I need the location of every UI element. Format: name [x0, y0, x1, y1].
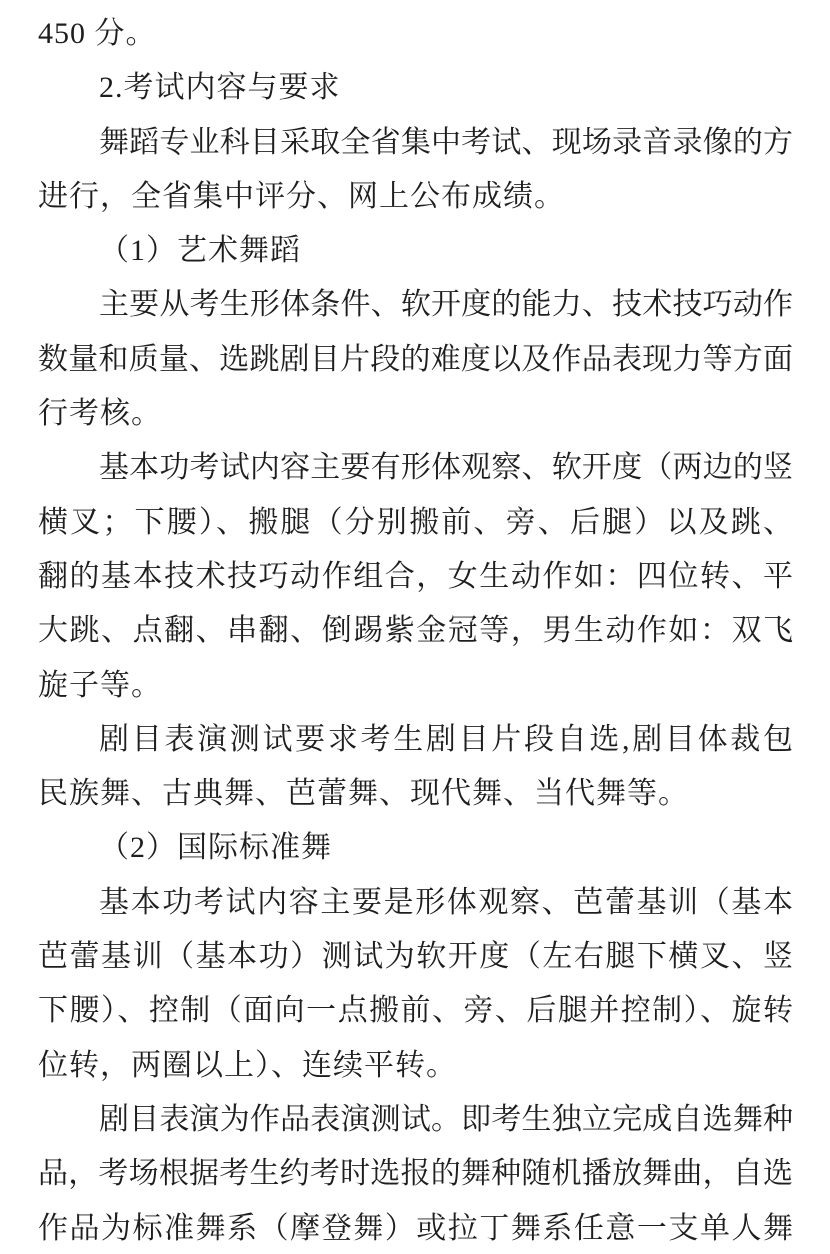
text-line: 剧目表演为作品表演测试。即考生独立完成自选舞种作: [38, 1093, 793, 1147]
text-line: 品，考场根据考生约考时选报的舞种随机播放舞曲，自选舞: [38, 1147, 793, 1201]
text-line: 450 分。: [38, 7, 793, 61]
text-line-subheading: （1）艺术舞蹈: [38, 224, 793, 278]
text-line: 翻的基本技术技巧动作组合，女生动作如：四位转、平转、: [38, 550, 793, 604]
text-line: 行考核。: [38, 387, 793, 441]
document-page: 450 分。 2.考试内容与要求 舞蹈专业科目采取全省集中考试、现场录音录像的方…: [0, 0, 830, 1254]
text-line: 芭蕾基训（基本功）测试为软开度（左右腿下横叉、竖叉、: [38, 930, 793, 984]
text-line: 基本功考试内容主要是形体观察、芭蕾基训（基本功）。: [38, 876, 793, 930]
text-line-subheading: （2）国际标准舞: [38, 821, 793, 875]
text-line: 基本功考试内容主要有形体观察、软开度（两边的竖叉、: [38, 441, 793, 495]
text-line: 位转，两圈以上）、连续平转。: [38, 1039, 793, 1093]
text-line: 进行，全省集中评分、网上公布成绩。: [38, 170, 793, 224]
text-line: 横叉；下腰）、搬腿（分别搬前、旁、后腿）以及跳、转、: [38, 496, 793, 550]
text-line-section-heading: 2.考试内容与要求: [38, 61, 793, 115]
text-line: 作品为标准舞系（摩登舞）或拉丁舞系任意一支单人舞蹈。: [38, 1202, 793, 1254]
text-line: 大跳、点翻、串翻、倒踢紫金冠等，男生动作如：双飞燕、: [38, 604, 793, 658]
text-line: 数量和质量、选跳剧目片段的难度以及作品表现力等方面进: [38, 333, 793, 387]
text-line: 剧目表演测试要求考生剧目片段自选,剧目体裁包括：: [38, 713, 793, 767]
text-line: 主要从考生形体条件、软开度的能力、技术技巧动作的: [38, 278, 793, 332]
text-line: 旋子等。: [38, 659, 793, 713]
text-line: 民族舞、古典舞、芭蕾舞、现代舞、当代舞等。: [38, 767, 793, 821]
text-line: 舞蹈专业科目采取全省集中考试、现场录音录像的方式: [38, 116, 793, 170]
text-line: 下腰）、控制（面向一点搬前、旁、后腿并控制）、旋转（四: [38, 984, 793, 1038]
